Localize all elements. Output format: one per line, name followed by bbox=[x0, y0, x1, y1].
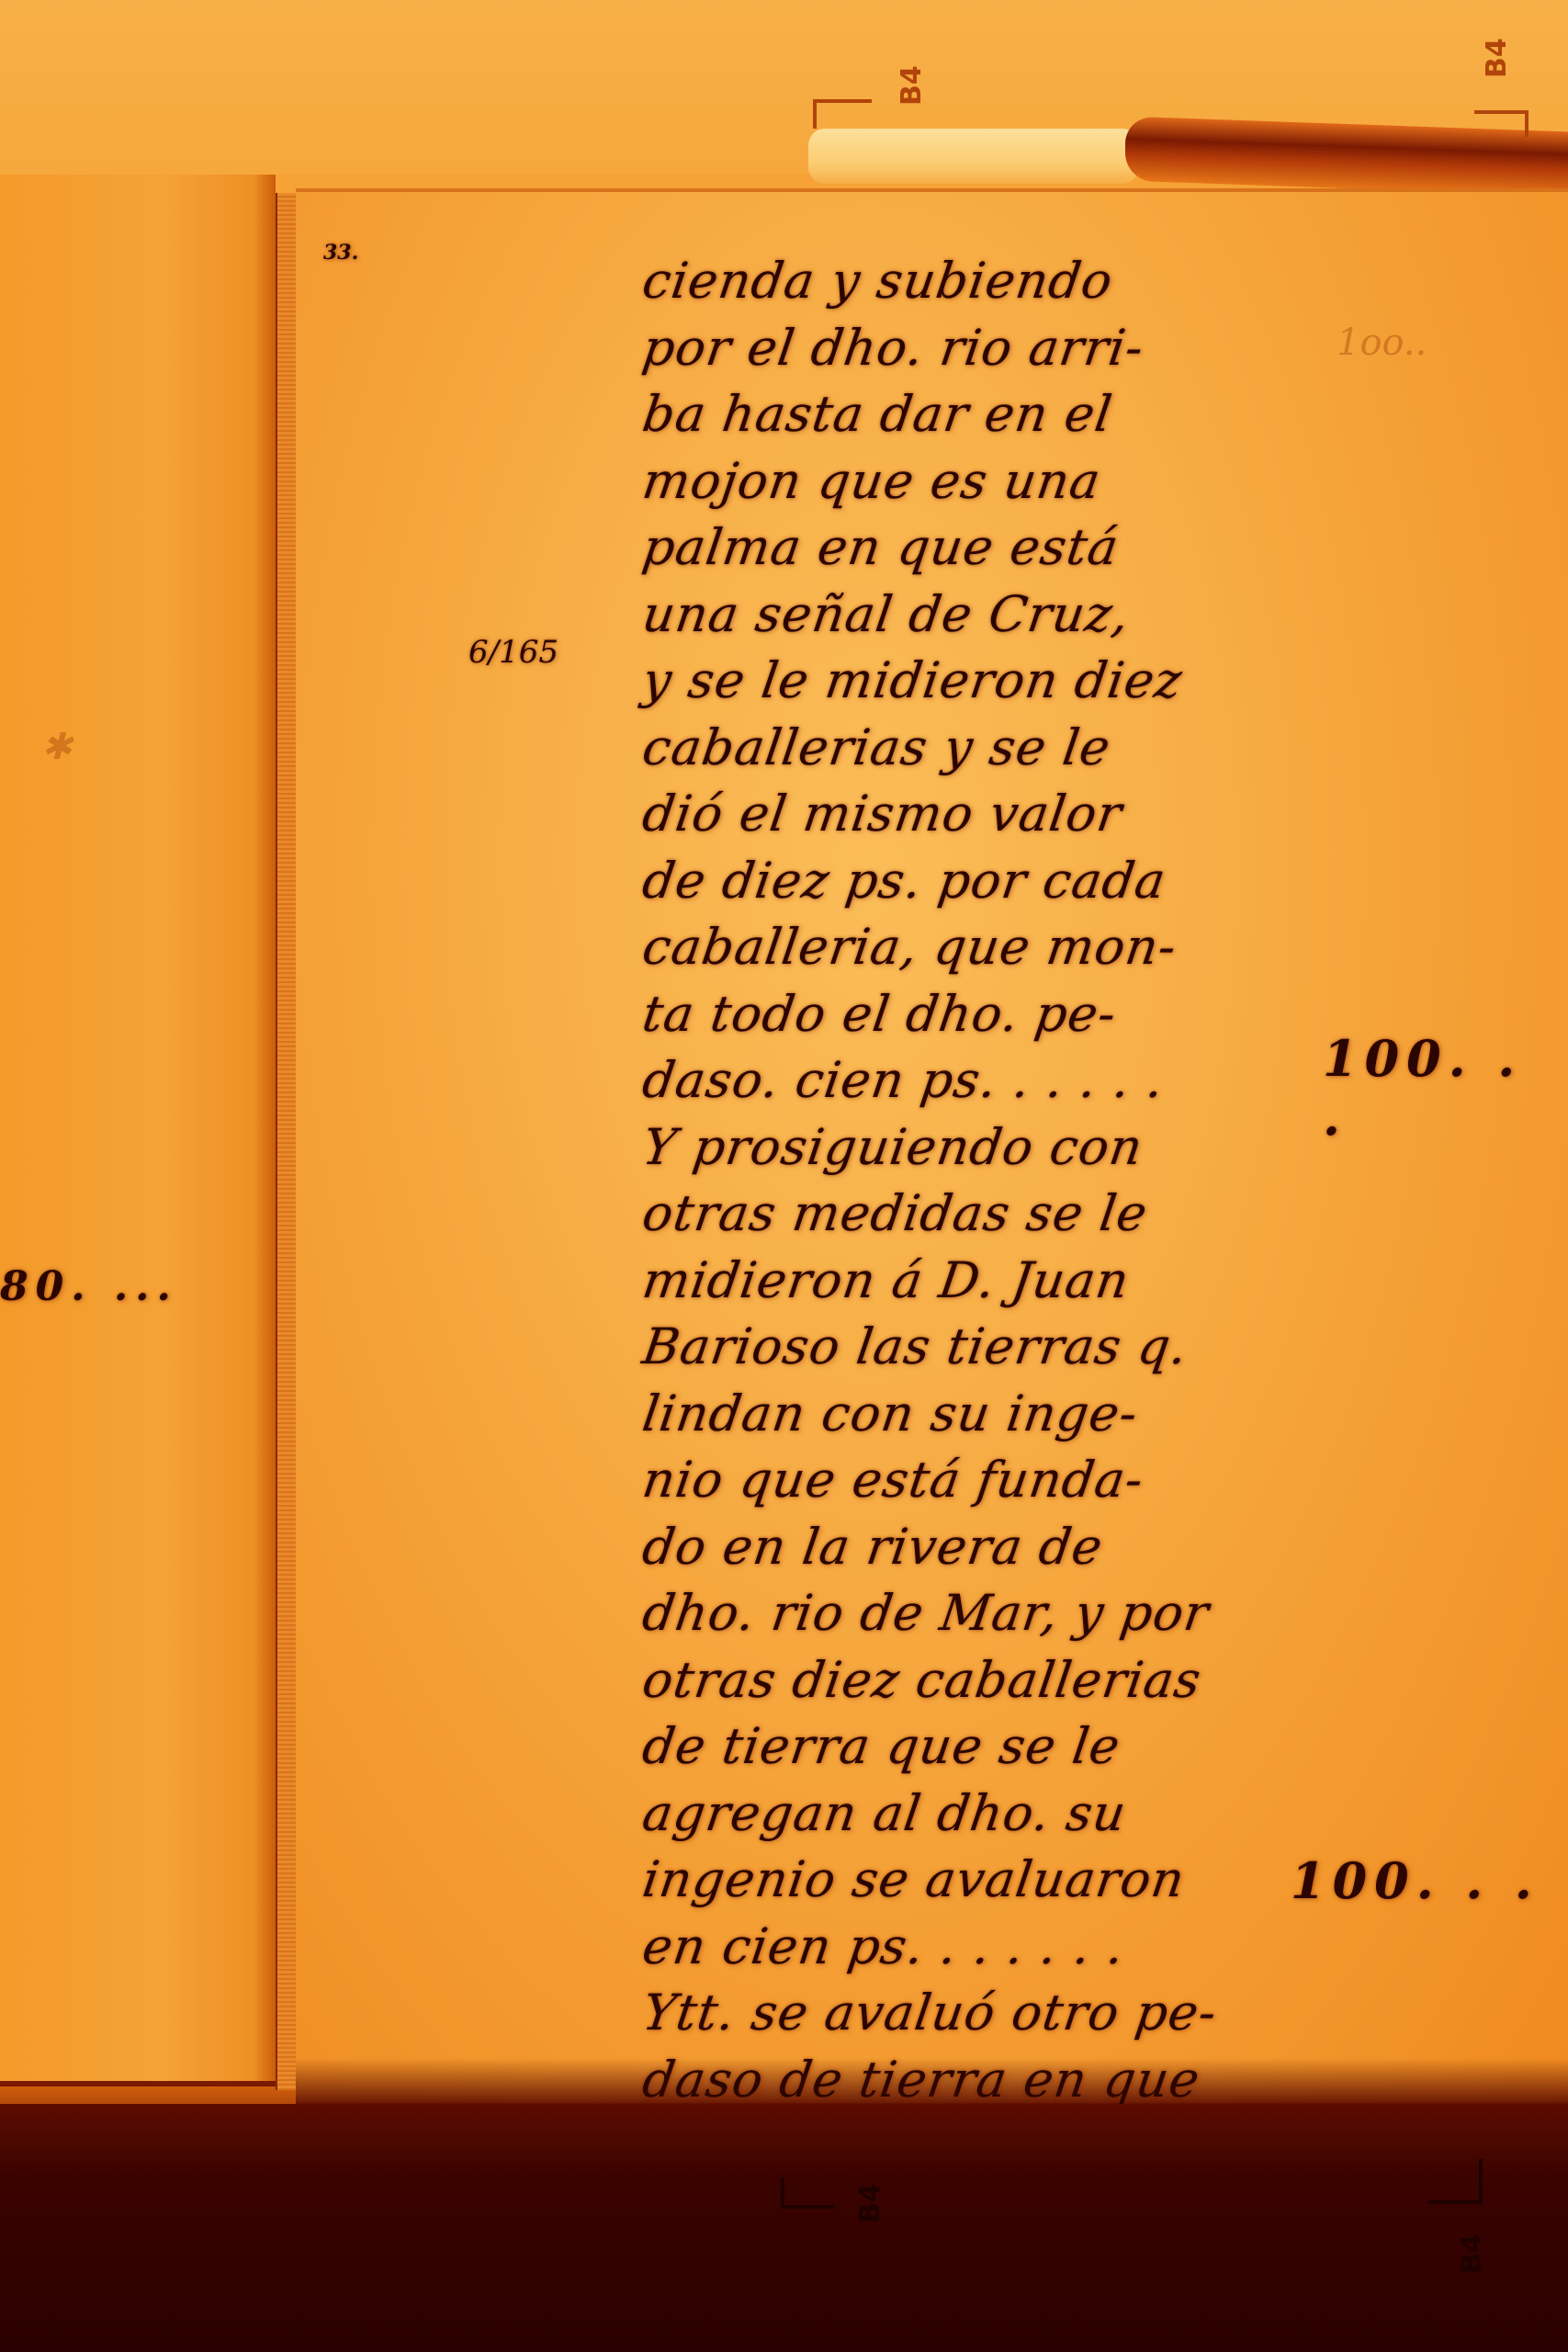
text-line: caballeria, que mon- bbox=[638, 914, 1272, 981]
text-line: una señal de Cruz, bbox=[638, 582, 1272, 649]
text-line: en cien ps. . . . . . . bbox=[638, 1914, 1272, 1981]
text-line: caballerias y se le bbox=[638, 715, 1272, 782]
left-page: ✱ bbox=[0, 175, 276, 2086]
text-line: nio que está funda- bbox=[638, 1447, 1272, 1514]
text-line: otras medidas se le bbox=[638, 1181, 1272, 1248]
text-line: ba hasta dar en el bbox=[638, 381, 1272, 448]
book-spine bbox=[276, 193, 298, 2090]
margin-amount: 100. . . bbox=[1323, 1029, 1568, 1147]
text-line: otras diez caballerias bbox=[638, 1647, 1272, 1714]
text-line: Y prosiguiendo con bbox=[638, 1114, 1272, 1182]
text-line: Ytt. se avaluó otro pe- bbox=[638, 1980, 1272, 2047]
faint-bleedthrough-mark: ✱ bbox=[41, 726, 73, 768]
text-line: mojon que es una bbox=[638, 448, 1272, 515]
text-line: do en la rivera de bbox=[638, 1514, 1272, 1581]
text-line: midieron á D. Juan bbox=[638, 1248, 1272, 1315]
text-line: cienda y subiendo bbox=[638, 248, 1272, 315]
faint-bleedthrough-mark: 1oo.. bbox=[1337, 322, 1427, 364]
binding-strap-light bbox=[808, 129, 1139, 184]
text-line: ta todo el dho. pe- bbox=[638, 981, 1272, 1048]
folio-mark: 6/165 bbox=[468, 634, 558, 671]
left-page-amount: 80. ... bbox=[0, 1263, 178, 1310]
text-line: ingenio se avaluaron bbox=[638, 1847, 1272, 1914]
crop-mark-bottom-left bbox=[781, 2177, 835, 2209]
crop-mark-top-right bbox=[1474, 110, 1529, 137]
target-label-top-left: B4 bbox=[896, 65, 928, 106]
target-label-bottom-right: B4 bbox=[1456, 2233, 1488, 2274]
text-line: Barioso las tierras q. bbox=[638, 1314, 1272, 1381]
text-line: lindan con su inge- bbox=[638, 1381, 1272, 1448]
text-line: de diez ps. por cada bbox=[638, 848, 1272, 915]
text-line: por el dho. rio arri- bbox=[638, 315, 1272, 382]
text-line: agregan al dho. su bbox=[638, 1781, 1272, 1848]
text-line: dió el mismo valor bbox=[638, 781, 1272, 848]
margin-amount: 100. . . bbox=[1291, 1851, 1540, 1910]
crop-mark-top-left bbox=[813, 99, 872, 129]
bottom-backdrop bbox=[0, 2104, 1568, 2352]
text-line: y se le midieron diez bbox=[638, 648, 1272, 715]
text-line: daso. cien ps. . . . . . bbox=[638, 1047, 1272, 1114]
page-number: 33. bbox=[323, 241, 358, 265]
text-line: palma en que está bbox=[638, 514, 1272, 582]
text-line: dho. rio de Mar, y por bbox=[638, 1580, 1272, 1647]
target-label-top-right: B4 bbox=[1481, 38, 1513, 78]
text-line: de tierra que se le bbox=[638, 1713, 1272, 1781]
target-label-bottom-left: B4 bbox=[854, 2183, 886, 2223]
crop-mark-bottom-right bbox=[1428, 2159, 1483, 2204]
handwritten-text-column: cienda y subiendo por el dho. rio arri- … bbox=[643, 248, 1268, 2113]
manuscript-photo: ✱ 80. ... 1oo.. 33. 6/165 cienda y subie… bbox=[0, 0, 1568, 2352]
